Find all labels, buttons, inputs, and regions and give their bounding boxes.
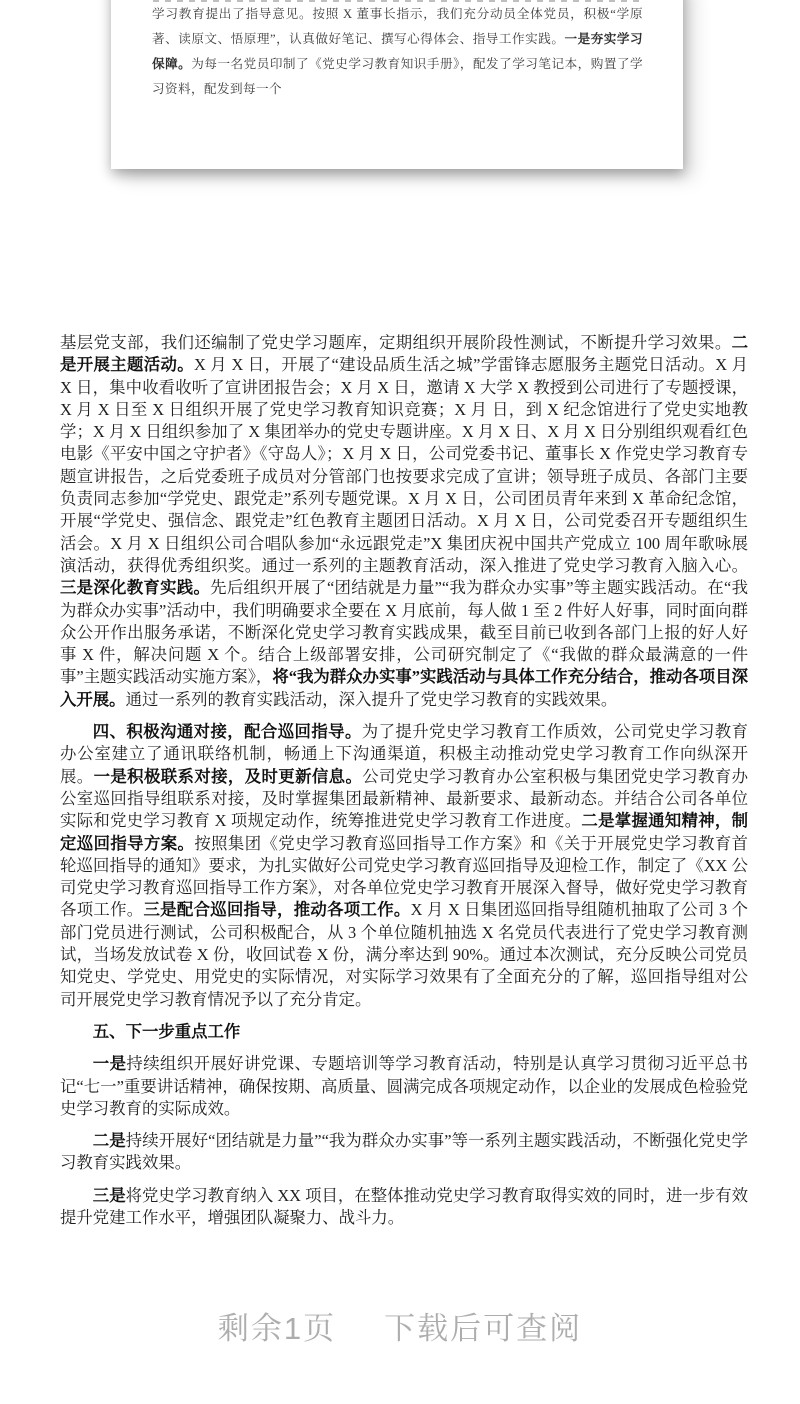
remaining-pages-banner: 剩余1页下载后可查阅 bbox=[0, 1303, 800, 1348]
body-paragraph-3: 一是持续组织开展好讲党课、专题培训等学习教育活动，特别是认真学习贯彻习近平总书记… bbox=[60, 1053, 748, 1120]
body-paragraph-5: 三是将党史学习教育纳入 XX 项目，在整体推动党史学习教育取得实效的同时，进一步… bbox=[60, 1185, 748, 1230]
document-body: 基层党支部，我们还编制了党史学习题库，定期组织开展阶段性测试，不断提升学习效果。… bbox=[60, 332, 748, 1239]
download-hint: 下载后可查阅 bbox=[384, 1303, 582, 1348]
body-paragraph-4: 二是持续开展好“团结就是力量”“我为群众办实事”等一系列主题实践活动，不断强化党… bbox=[60, 1130, 748, 1175]
preview-paragraph: 学习教育提出了指导意见。按照 X 董事长指示，我们充分动员全体党员，积极“学原著… bbox=[152, 2, 643, 102]
section-heading-next-steps: 五、下一步重点工作 bbox=[60, 1021, 748, 1043]
body-paragraph-2: 四、积极沟通对接，配合巡回指导。为了提升党史学习教育工作质效，公司党史学习教育办… bbox=[60, 721, 748, 1011]
clipped-text-fragment bbox=[153, 0, 639, 2]
document-page-preview: 学习教育提出了指导意见。按照 X 董事长指示，我们充分动员全体党员，积极“学原著… bbox=[111, 0, 683, 169]
remaining-pages-count: 剩余1页 bbox=[218, 1311, 336, 1346]
body-paragraph-1: 基层党支部，我们还编制了党史学习题库，定期组织开展阶段性测试，不断提升学习效果。… bbox=[60, 332, 748, 711]
